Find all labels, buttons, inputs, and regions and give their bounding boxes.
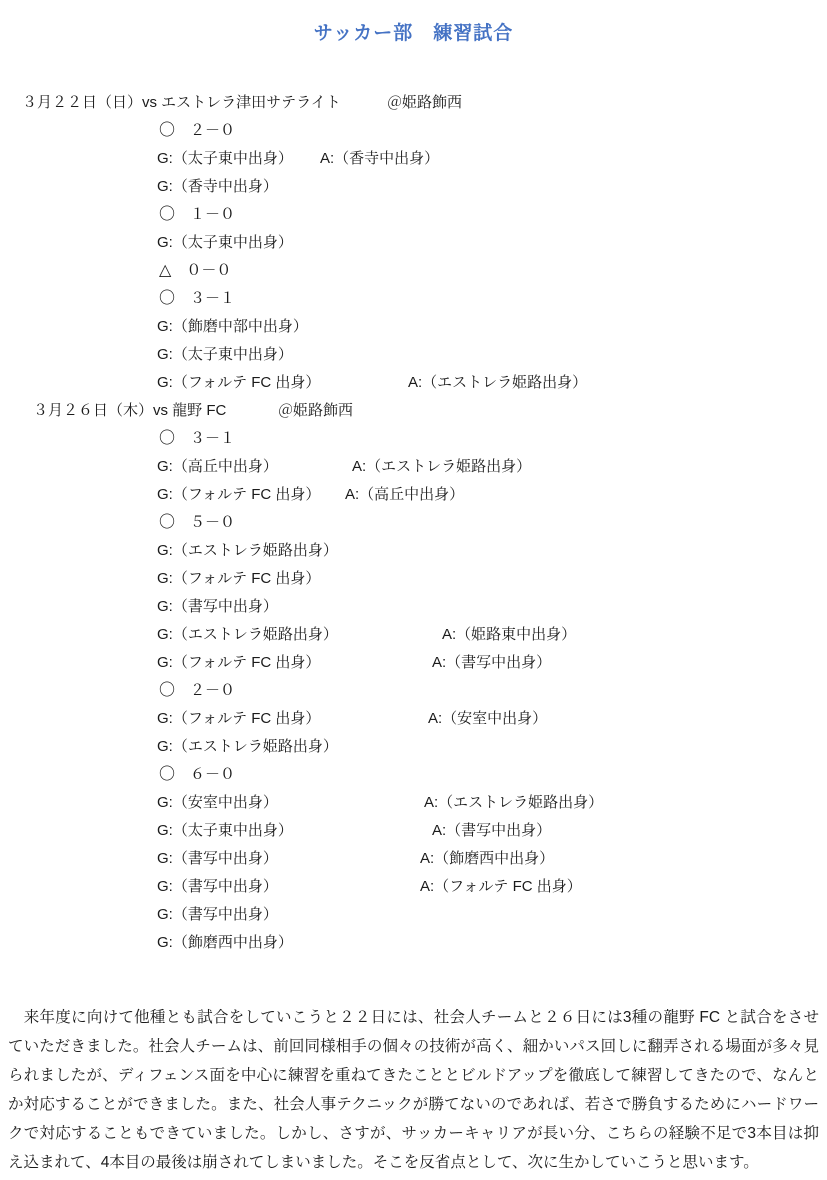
game-score-row: 〇３－１ [0,285,827,313]
summary-paragraph: 来年度に向けて他種とも試合をしていこうと２２日には、社会人チームと２６日には3種… [8,1003,819,1177]
match-date: ３月２２日（日）vs エストレラ津田サテライト [22,94,341,111]
goal-scorer: G:（フォルテ FC 出身） [157,710,320,727]
scorer-row: G:（エストレラ姫路出身） [0,733,827,761]
assist-scorer: A:（エストレラ姫路出身） [352,453,531,481]
game-score-row: 〇２－０ [0,117,827,145]
goal-scorer: G:（飾磨中部中出身） [157,318,308,335]
game-score-row: 〇５－０ [0,509,827,537]
goal-scorer: G:（安室中出身） [157,794,278,811]
scorer-row: G:（エストレラ姫路出身）A:（姫路東中出身） [0,621,827,649]
scorer-row: G:（フォルテ FC 出身）A:（書写中出身） [0,649,827,677]
goal-scorer: G:（書写中出身） [157,598,278,615]
goal-scorer: G:（フォルテ FC 出身） [157,486,320,503]
assist-scorer: A:（姫路東中出身） [442,621,576,649]
goal-scorer: G:（書写中出身） [157,906,278,923]
result-symbol: 〇 [159,290,175,307]
game-score-row: 〇３－１ [0,425,827,453]
result-symbol: 〇 [159,122,175,139]
match-date-row: ３月２６日（木）vs 龍野 FC＠姫路飾西 [0,397,827,425]
goal-scorer: G:（太子東中出身） [157,150,293,167]
game-score-row: △０－０ [0,257,827,285]
scorer-row: G:（高丘中出身）A:（エストレラ姫路出身） [0,453,827,481]
scorer-row: G:（太子東中出身） [0,341,827,369]
goal-scorer: G:（書写中出身） [157,850,278,867]
assist-scorer: A:（書写中出身） [432,649,551,677]
goal-scorer: G:（太子東中出身） [157,822,293,839]
result-symbol: 〇 [159,682,175,699]
match-list: ３月２２日（日）vs エストレラ津田サテライト＠姫路飾西〇２－０G:（太子東中出… [0,89,827,957]
scorer-row: G:（フォルテ FC 出身）A:（高丘中出身） [0,481,827,509]
score-value: ３－１ [190,290,235,307]
goal-scorer: G:（飾磨西中出身） [157,934,293,951]
result-symbol: △ [159,262,171,279]
game-score-row: 〇１－０ [0,201,827,229]
goal-scorer: G:（エストレラ姫路出身） [157,626,338,643]
assist-scorer: A:（香寺中出身） [320,145,439,173]
result-symbol: 〇 [159,514,175,531]
scorer-row: G:（エストレラ姫路出身） [0,537,827,565]
match-block: ３月２６日（木）vs 龍野 FC＠姫路飾西〇３－１G:（高丘中出身）A:（エスト… [0,397,827,957]
scorer-row: G:（書写中出身）A:（フォルテ FC 出身） [0,873,827,901]
scorer-row: G:（フォルテ FC 出身）A:（安室中出身） [0,705,827,733]
scorer-row: G:（太子東中出身） [0,229,827,257]
assist-scorer: A:（フォルテ FC 出身） [420,873,582,901]
goal-scorer: G:（エストレラ姫路出身） [157,542,338,559]
document: サッカー部 練習試合 ３月２２日（日）vs エストレラ津田サテライト＠姫路飾西〇… [0,0,827,1180]
goal-scorer: G:（フォルテ FC 出身） [157,570,320,587]
scorer-row: G:（安室中出身）A:（エストレラ姫路出身） [0,789,827,817]
goal-scorer: G:（太子東中出身） [157,234,293,251]
match-date-row: ３月２２日（日）vs エストレラ津田サテライト＠姫路飾西 [0,89,827,117]
score-value: ０－０ [186,262,231,279]
scorer-row: G:（フォルテ FC 出身） [0,565,827,593]
game-score-row: 〇６－０ [0,761,827,789]
scorer-row: G:（太子東中出身）A:（香寺中出身） [0,145,827,173]
goal-scorer: G:（フォルテ FC 出身） [157,374,320,391]
scorer-row: G:（フォルテ FC 出身）A:（エストレラ姫路出身） [0,369,827,397]
assist-scorer: A:（高丘中出身） [345,481,464,509]
goal-scorer: G:（エストレラ姫路出身） [157,738,338,755]
assist-scorer: A:（書写中出身） [432,817,551,845]
score-value: １－０ [190,206,235,223]
goal-scorer: G:（高丘中出身） [157,458,278,475]
scorer-row: G:（飾磨西中出身） [0,929,827,957]
assist-scorer: A:（安室中出身） [428,705,547,733]
result-symbol: 〇 [159,430,175,447]
goal-scorer: G:（フォルテ FC 出身） [157,654,320,671]
score-value: ５－０ [190,514,235,531]
goal-scorer: G:（太子東中出身） [157,346,293,363]
result-symbol: 〇 [159,766,175,783]
score-value: ２－０ [190,682,235,699]
score-value: ２－０ [190,122,235,139]
scorer-row: G:（太子東中出身）A:（書写中出身） [0,817,827,845]
game-score-row: 〇２－０ [0,677,827,705]
assist-scorer: A:（飾磨西中出身） [420,845,554,873]
page-title: サッカー部 練習試合 [0,0,827,45]
score-value: ３－１ [190,430,235,447]
goal-scorer: G:（香寺中出身） [157,178,278,195]
scorer-row: G:（飾磨中部中出身） [0,313,827,341]
scorer-row: G:（書写中出身）A:（飾磨西中出身） [0,845,827,873]
assist-scorer: A:（エストレラ姫路出身） [424,789,603,817]
goal-scorer: G:（書写中出身） [157,878,278,895]
scorer-row: G:（書写中出身） [0,901,827,929]
venue-label: ＠姫路飾西 [387,89,462,117]
score-value: ６－０ [190,766,235,783]
scorer-row: G:（書写中出身） [0,593,827,621]
result-symbol: 〇 [159,206,175,223]
assist-scorer: A:（エストレラ姫路出身） [408,369,587,397]
match-date: ３月２６日（木）vs 龍野 FC [33,402,226,419]
scorer-row: G:（香寺中出身） [0,173,827,201]
venue-label: ＠姫路飾西 [278,397,353,425]
match-block: ３月２２日（日）vs エストレラ津田サテライト＠姫路飾西〇２－０G:（太子東中出… [0,89,827,397]
